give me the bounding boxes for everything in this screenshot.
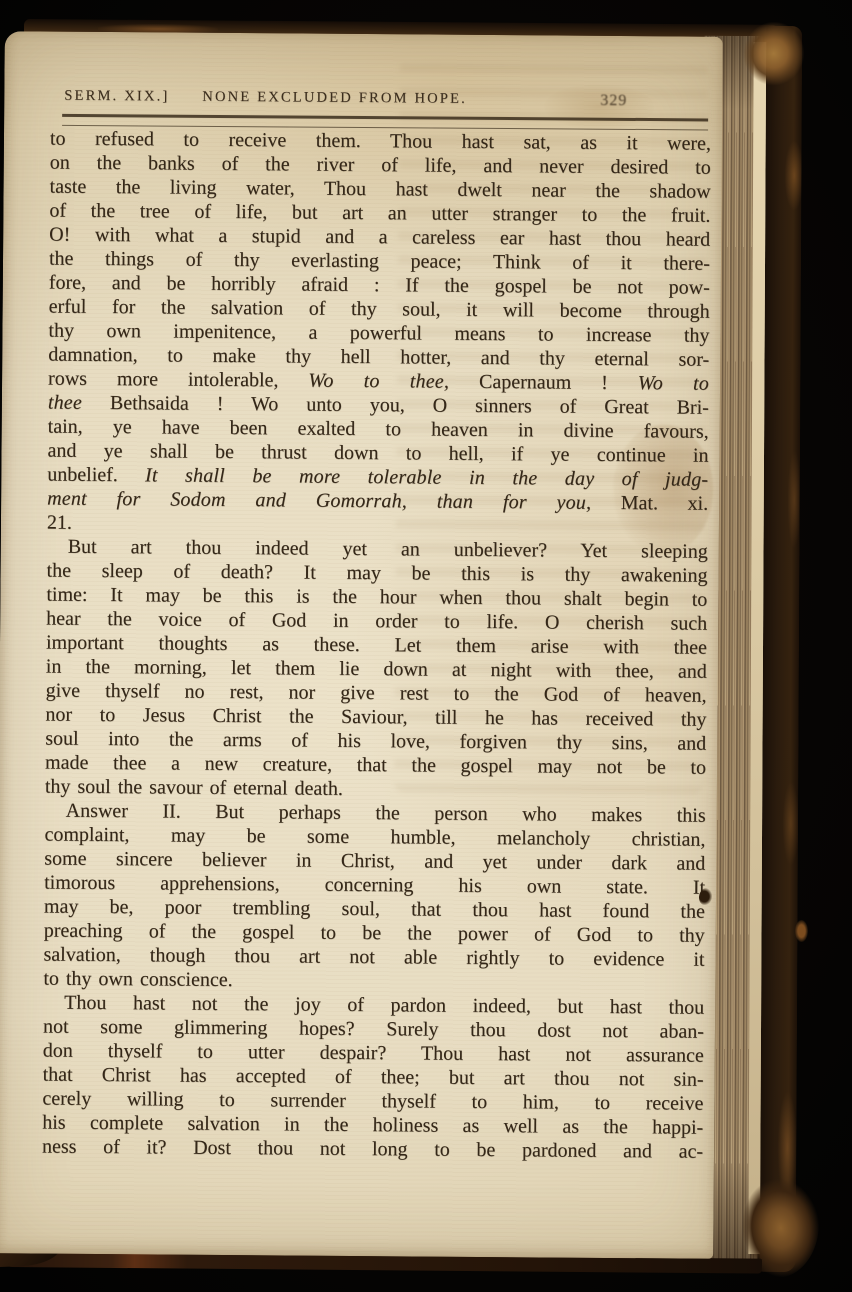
- rust-spot: [795, 920, 808, 942]
- book-page: SERM. XIX.] NONE EXCLUDED FROM HOPE. 329…: [0, 31, 723, 1259]
- running-header: SERM. XIX.] NONE EXCLUDED FROM HOPE. 329: [4, 87, 722, 115]
- text-block: to refused to receive them. Thou hast sa…: [42, 127, 711, 1164]
- book-right-cover-edge: [760, 26, 803, 1272]
- sermon-number: SERM. XIX.]: [64, 88, 169, 106]
- running-title: NONE EXCLUDED FROM HOPE.: [202, 89, 467, 108]
- photographed-book-scene: SERM. XIX.] NONE EXCLUDED FROM HOPE. 329…: [0, 0, 852, 1292]
- page-number: 329: [600, 92, 627, 110]
- text-line: ness of it? Dost thou not long to be par…: [42, 1135, 703, 1164]
